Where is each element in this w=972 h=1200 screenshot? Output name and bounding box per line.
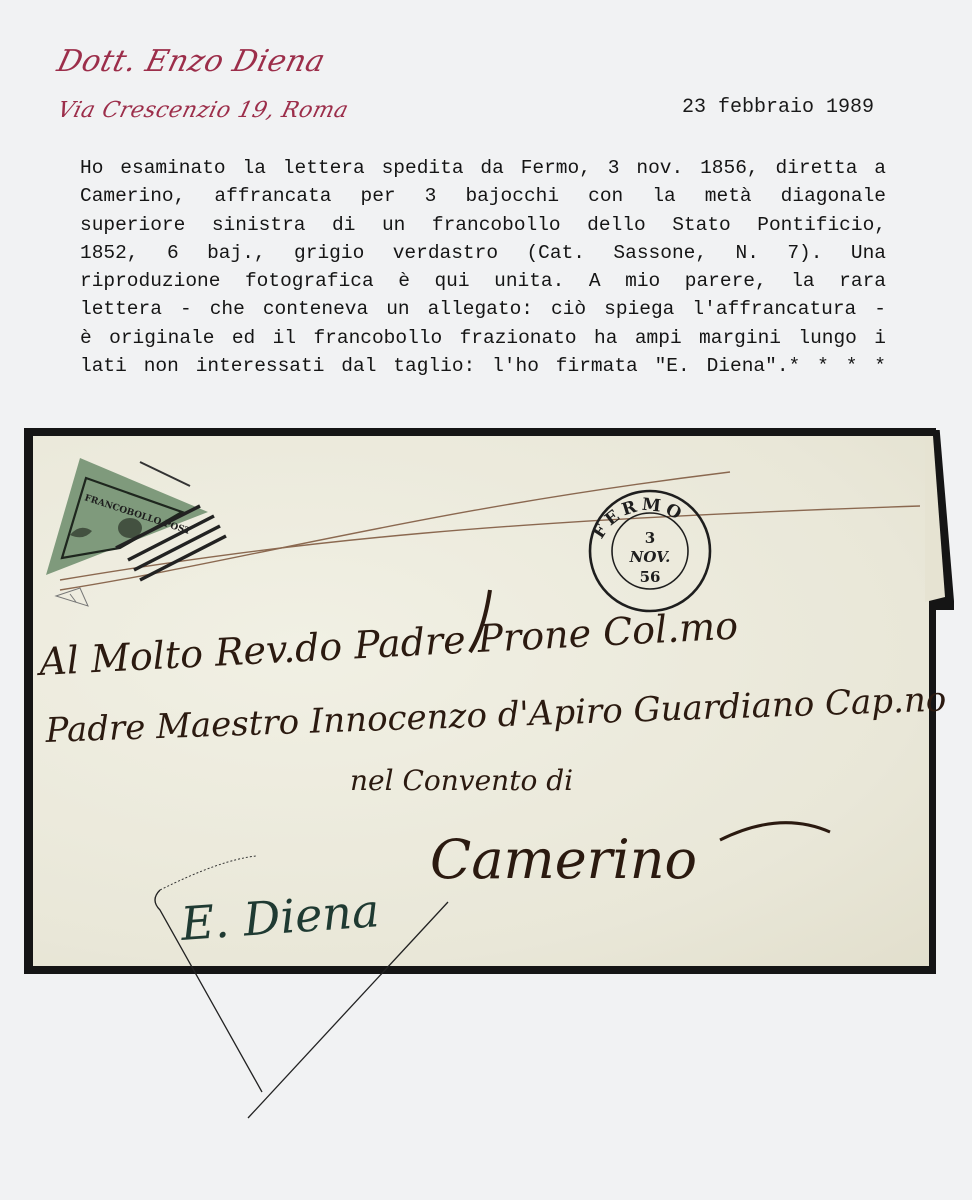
address-line-4: Camerino [430,828,697,891]
pencil-mark [56,588,88,606]
address-line-1: Al Molto Rev.do Padre Prone Col.mo [35,603,739,684]
handwritten-address: Al Molto Rev.do Padre Prone Col.mo Padre… [35,590,947,891]
expert-signature: E. Diena [155,856,448,1118]
bisected-stamp: FRANCOBOLLO POST [46,458,226,580]
postmark-month: NOV. [629,548,671,566]
signature-text: E. Diena [178,883,381,951]
cover-artwork: FRANCOBOLLO POST FERMO 3 NOV. 56 [0,0,972,1200]
address-line-3: nel Convento di [350,764,573,797]
fermo-postmark: FERMO 3 NOV. 56 [589,491,710,611]
postmark-day: 3 [645,529,655,547]
postmark-year: 56 [640,568,661,586]
address-line-2: Padre Maestro Innocenzo d'Apiro Guardian… [44,680,947,751]
